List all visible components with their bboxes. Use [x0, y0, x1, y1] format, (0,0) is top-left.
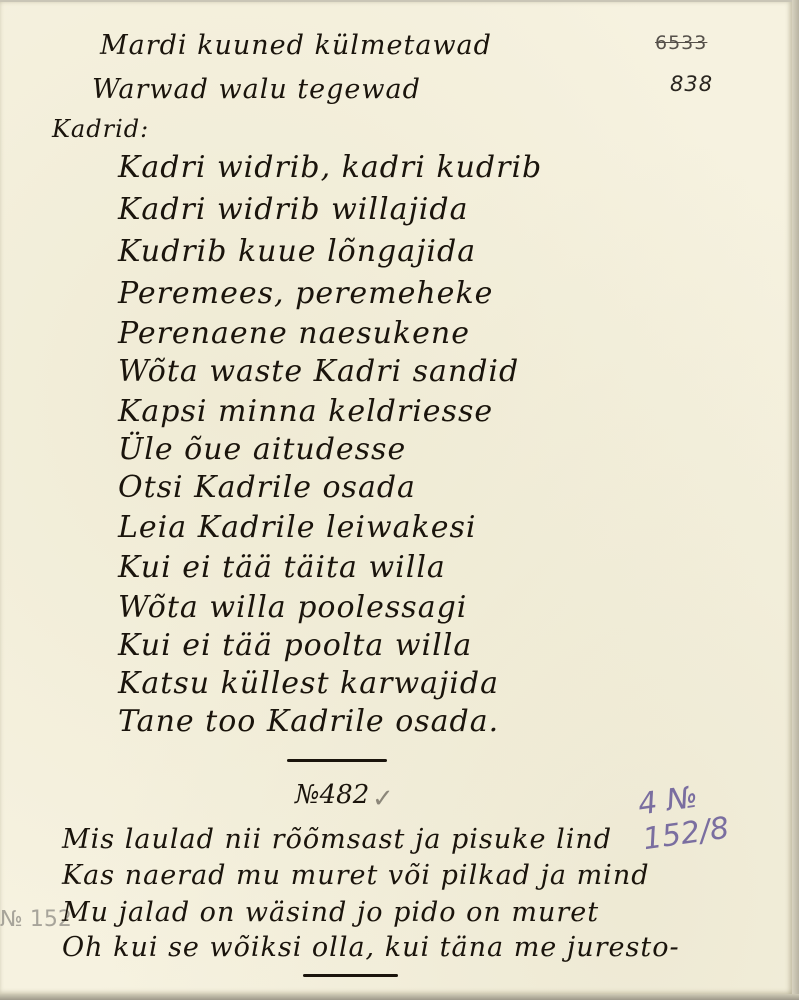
check-mark-icon: ✓: [372, 784, 394, 814]
manuscript-page: 6533 838 Mardi kuuned külmetawad Warwad …: [0, 2, 792, 995]
archive-number-new: 838: [670, 72, 713, 96]
verse-line: Wõta waste Kadri sandid: [118, 354, 519, 389]
verse-line: Kudrib kuue lõngajida: [118, 234, 476, 269]
song-line: Kas naerad mu muret või pilkad ja mind: [62, 860, 650, 891]
verse-line: Kadri widrib, kadri kudrib: [118, 150, 542, 185]
song-line: Oh kui se wõiksi olla, kui täna me jures…: [62, 932, 680, 963]
pencil-reference: 4 № 152/8: [636, 767, 796, 857]
heading-line-2: Warwad walu tegewad: [92, 74, 421, 105]
verse-line: Wõta willa poolessagi: [118, 590, 467, 625]
song-line: Mu jalad on wäsind jo pido on muret: [62, 897, 599, 928]
end-divider: [303, 974, 398, 977]
verse-line: Leia Kadrile leiwakesi: [118, 510, 476, 545]
heading-line-1: Mardi kuuned külmetawad: [100, 30, 492, 61]
page-edge-bottom: [0, 994, 799, 1000]
verse-line: Perenaene naesukene: [118, 316, 470, 351]
verse-line: Kadri widrib willajida: [118, 192, 468, 227]
song-line: Mis laulad nii rõõmsast ja pisuke lind: [62, 824, 612, 855]
song-number: №482: [295, 780, 369, 810]
verse-line: Kapsi minna keldriesse: [118, 394, 493, 429]
verse-line: Peremees, peremeheke: [118, 276, 493, 311]
verse-line: Kui ei tää poolta willa: [118, 628, 472, 663]
section-label: Kadrid:: [52, 115, 149, 143]
section-divider: [287, 759, 387, 762]
page-edge-right: [792, 0, 799, 1000]
archive-number-old: 6533: [655, 32, 707, 54]
verse-line: Katsu küllest karwajida: [118, 666, 499, 701]
verse-line: Kui ei tää täita willa: [118, 550, 446, 585]
verse-line: Otsi Kadrile osada: [118, 470, 416, 505]
verse-line: Tane too Kadrile osada.: [118, 704, 499, 739]
verse-line: Üle õue aitudesse: [118, 432, 406, 467]
